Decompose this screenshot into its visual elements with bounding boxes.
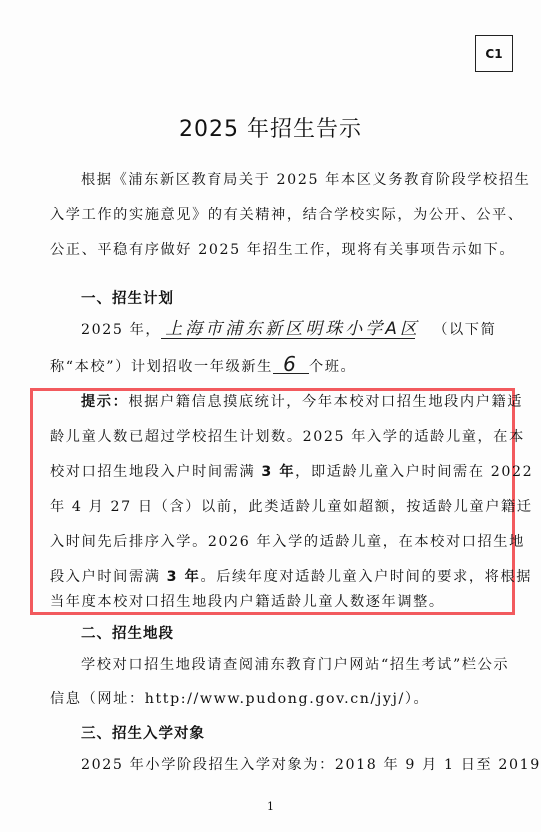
- section-2-line-1: 学校对口招生地段请查阅浦东教育门户网站“招生考试”栏公示: [81, 655, 509, 675]
- notice-line-6-b: 。后续年度对适龄儿童入户时间的要求，将根据: [200, 569, 532, 585]
- notice-line-3-a: 校对口招生地段入户时间需满: [50, 464, 261, 480]
- notice-line-7: 当年度本校对口招生地段内户籍适龄儿童人数逐年调整。: [50, 592, 445, 612]
- document-page: C1 2025 年招生告示 根据《浦东新区教育局关于 2025 年本区义务教育阶…: [0, 0, 541, 832]
- document-code-label: C1: [485, 47, 502, 61]
- notice-line-2: 龄儿童人数已超过学校招生计划数。2025 年入学的适龄儿童，在本: [50, 427, 525, 447]
- notice-line-3: 校对口招生地段入户时间需满 3 年，即适龄儿童入户时间需在 2022: [50, 462, 533, 482]
- notice-line-5: 入时间先后排序入学。2026 年入学的适龄儿童，在本校对口招生地: [50, 532, 525, 552]
- document-title: 2025 年招生告示: [0, 112, 541, 143]
- section-3-line-1: 2025 年小学阶段招生入学对象为：2018 年 9 月 1 日至 2019 年…: [81, 755, 541, 775]
- notice-line-6-bold: 3 年: [167, 569, 201, 585]
- notice-line-6-a: 段入户时间需满: [50, 569, 167, 585]
- notice-line-6: 段入户时间需满 3 年。后续年度对适龄儿童入户时间的要求，将根据: [50, 567, 532, 587]
- page-number: 1: [0, 800, 541, 813]
- section-2-line-2: 信息（网址：http://www.pudong.gov.cn/jyj/）。: [50, 689, 429, 709]
- section-1-heading: 一、招生计划: [81, 287, 174, 308]
- section-1-line-1-prefix: 2025 年，: [81, 322, 161, 338]
- section-1-line-1-suffix: （以下简: [433, 322, 496, 338]
- section-1-line-2-prefix: 称“本校”）计划招收一年级新生: [50, 359, 273, 375]
- notice-label: 提示：: [81, 394, 128, 410]
- section-2-line-2-prefix: 信息（网址：: [50, 691, 145, 707]
- notice-line-3-bold: 3 年: [261, 464, 295, 480]
- portal-url-link[interactable]: http://www.pudong.gov.cn/jyj/: [145, 691, 405, 707]
- section-1-line-2: 称“本校”）计划招收一年级新生6个班。: [50, 355, 356, 377]
- notice-line-3-b: ，即适龄儿童入户时间需在 2022: [295, 464, 533, 480]
- intro-line-1: 根据《浦东新区教育局关于 2025 年本区义务教育阶段学校招生: [81, 170, 530, 190]
- section-2-line-2-suffix: ）。: [405, 691, 429, 707]
- section-3-heading: 三、招生入学对象: [81, 722, 205, 743]
- section-1-line-2-suffix: 个班。: [309, 359, 356, 375]
- notice-line-1-text: 根据户籍信息摸底统计，今年本校对口招生地段内户籍适: [128, 394, 523, 410]
- notice-line-4: 年 4 月 27 日（含）以前，此类适龄儿童如超额，按适龄儿童户籍迁: [50, 497, 533, 517]
- document-code-box: C1: [475, 35, 513, 72]
- school-name-handwritten: 上海市浦东新区明珠小学A区: [161, 320, 415, 339]
- notice-line-1: 提示：根据户籍信息摸底统计，今年本校对口招生地段内户籍适: [81, 392, 523, 412]
- class-count-handwritten: 6: [273, 355, 309, 374]
- intro-line-2: 入学工作的实施意见》的有关精神，结合学校实际，为公开、公平、: [50, 205, 524, 225]
- section-1-line-1: 2025 年，上海市浦东新区明珠小学A区（以下简: [81, 320, 496, 340]
- section-2-heading: 二、招生地段: [81, 622, 174, 643]
- intro-line-3: 公正、平稳有序做好 2025 年招生工作，现将有关事项告示如下。: [50, 240, 515, 260]
